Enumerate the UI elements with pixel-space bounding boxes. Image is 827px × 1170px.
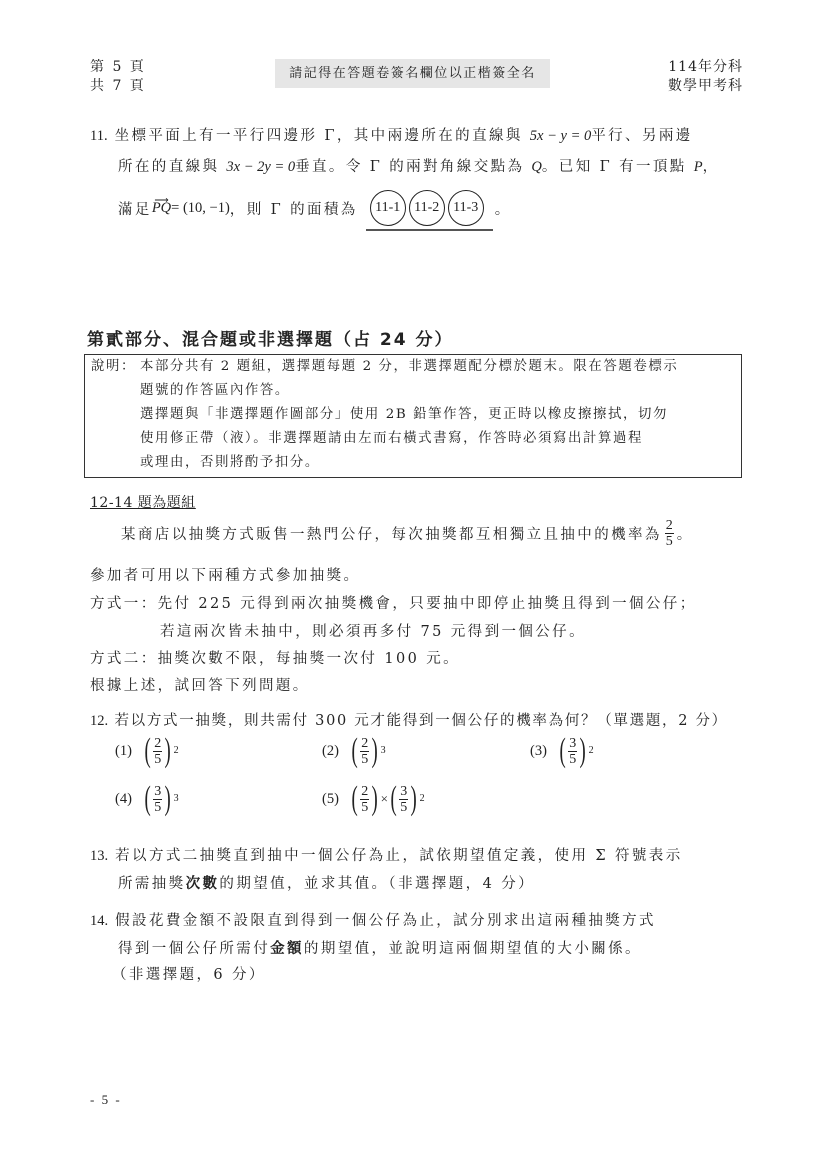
q12-text: 若以方式一抽獎，則共需付 300 元才能得到一個公仔的機率為何？（單選題，2 分… bbox=[114, 713, 727, 729]
vector-arrow-icon: ⟶ bbox=[152, 195, 171, 206]
q11-text: ， bbox=[703, 159, 720, 175]
q13-text: 的期望值，並求其值。（非選擇題，4 分） bbox=[219, 876, 535, 892]
q11-line3: 滿足 ⟶PQ = (10, −1) ，則 Γ 的面積為 11-1 11-2 11… bbox=[118, 190, 512, 226]
q12-choice-4[interactable]: (4) (35)3 bbox=[115, 782, 179, 816]
instructions-line: 選擇題與「非選擇題作圖部分」使用 2B 鉛筆作答，更正時以橡皮擦擦拭，切勿 bbox=[140, 403, 678, 427]
numerator: 2 bbox=[153, 736, 162, 752]
q13-text: 所需抽獎 bbox=[118, 876, 186, 892]
denominator: 5 bbox=[360, 800, 369, 815]
denominator: 5 bbox=[568, 752, 577, 767]
equation: 3x − 2y = 0 bbox=[226, 159, 295, 175]
numerator: 3 bbox=[399, 784, 408, 800]
numerator: 2 bbox=[360, 736, 369, 752]
numerator: 2 bbox=[360, 784, 369, 800]
fraction: 25 bbox=[360, 784, 369, 815]
instructions-line: 本部分共有 2 題組，選擇題每題 2 分，非選擇題配分標於題末。限在答題卷標示 bbox=[140, 355, 678, 379]
paren: ) bbox=[372, 734, 378, 768]
fraction: 35 bbox=[399, 784, 408, 815]
denominator: 5 bbox=[665, 534, 674, 549]
fraction: 25 bbox=[360, 736, 369, 767]
instructions-line: 使用修正帶（液）。非選擇題請由左而右橫式書寫，作答時必須寫出計算過程 bbox=[140, 427, 678, 451]
group-closing: 根據上述，試回答下列問題。 bbox=[90, 674, 310, 695]
answer-blank-11-3[interactable]: 11-3 bbox=[448, 190, 484, 226]
q11-number: 11. bbox=[90, 128, 108, 144]
q12-stem: 12. 若以方式一抽獎，則共需付 300 元才能得到一個公仔的機率為何？（單選題… bbox=[90, 709, 728, 730]
paren: ) bbox=[372, 782, 378, 816]
vector-pq: ⟶PQ bbox=[152, 200, 171, 217]
q14-emphasis: 金額 bbox=[270, 941, 304, 957]
answer-blank-11-1[interactable]: 11-1 bbox=[370, 190, 406, 226]
intro-text: 。 bbox=[677, 523, 694, 544]
q11-text: ，則 Γ 的面積為 bbox=[230, 198, 358, 219]
paren: ) bbox=[411, 782, 417, 816]
denominator: 5 bbox=[153, 800, 162, 815]
point-q: Q bbox=[531, 159, 541, 175]
group-intro: 某商店以抽獎方式販售一熱門公仔，每次抽獎都互相獨立且抽中的機率為 25 。 bbox=[121, 518, 694, 549]
exponent: 3 bbox=[381, 745, 386, 756]
q11-line2: 所在的直線與 3x − 2y = 0垂直。令 Γ 的兩對角線交點為 Q。已知 Γ… bbox=[118, 155, 719, 176]
answer-underline bbox=[366, 229, 493, 231]
q14-number: 14. bbox=[90, 913, 108, 929]
q12-choice-1[interactable]: (1) (25)2 bbox=[115, 734, 179, 768]
q11-text: 。 bbox=[495, 198, 512, 219]
paren: ( bbox=[144, 782, 150, 816]
fraction: 35 bbox=[153, 784, 162, 815]
q12-choice-2[interactable]: (2) (25)3 bbox=[322, 734, 386, 768]
paren: ) bbox=[165, 734, 171, 768]
q14-line1: 14. 假設花費金額不設限直到得到一個公仔為止，試分別求出這兩種抽獎方式 bbox=[90, 909, 656, 930]
fraction-two-fifths: 25 bbox=[665, 518, 674, 549]
method1-label: 方式一： bbox=[90, 596, 158, 612]
method1: 方式一：先付 225 元得到兩次抽獎機會，只要抽中即停止抽獎且得到一個公仔； bbox=[90, 592, 697, 613]
numerator: 2 bbox=[665, 518, 674, 534]
q13-line2: 所需抽獎次數的期望值，並求其值。（非選擇題，4 分） bbox=[118, 872, 535, 893]
exponent: 2 bbox=[589, 745, 594, 756]
exam-subject: 數學甲考科 bbox=[668, 77, 743, 96]
paren: ( bbox=[559, 734, 565, 768]
choice-label: (1) bbox=[115, 743, 132, 760]
q13-number: 13. bbox=[90, 848, 108, 864]
paren: ( bbox=[390, 782, 396, 816]
method2: 方式二：抽獎次數不限，每抽獎一次付 100 元。 bbox=[90, 647, 460, 668]
vector-value: = (10, −1) bbox=[171, 200, 230, 217]
exponent: 2 bbox=[174, 745, 179, 756]
exponent: 2 bbox=[420, 793, 425, 804]
instructions-line: 題號的作答區內作答。 bbox=[140, 379, 678, 403]
q11-text: 垂直。令 Γ 的兩對角線交點為 bbox=[295, 159, 531, 175]
q14-text: 假設花費金額不設限直到得到一個公仔為止，試分別求出這兩種抽獎方式 bbox=[115, 913, 656, 929]
q14-line2: 得到一個公仔所需付金額的期望值，並說明這兩個期望值的大小關係。 bbox=[118, 937, 642, 958]
page-number: - 5 - bbox=[90, 1092, 122, 1108]
q14-text: 得到一個公仔所需付 bbox=[118, 941, 270, 957]
paren: ( bbox=[144, 734, 150, 768]
instructions-line: 或理由，否則將酌予扣分。 bbox=[140, 451, 678, 475]
q11-text: 滿足 bbox=[118, 198, 152, 219]
q11-text: 。已知 Γ 有一頂點 bbox=[542, 159, 694, 175]
choice-label: (5) bbox=[322, 791, 339, 808]
exponent: 3 bbox=[174, 793, 179, 804]
fraction: 25 bbox=[153, 736, 162, 767]
point-p: P bbox=[694, 159, 703, 175]
q13-line1: 13. 若以方式二抽獎直到抽中一個公仔為止，試依期望值定義，使用 Σ 符號表示 bbox=[90, 844, 683, 865]
numerator: 3 bbox=[153, 784, 162, 800]
method1-text: 先付 225 元得到兩次抽獎機會，只要抽中即停止抽獎且得到一個公仔； bbox=[158, 596, 697, 612]
q12-number: 12. bbox=[90, 713, 108, 729]
group-label: 12-14 題為題組 bbox=[90, 492, 196, 512]
instructions-label: 說明： bbox=[91, 355, 136, 379]
choice-label: (4) bbox=[115, 791, 132, 808]
group-line2: 參加者可用以下兩種方式參加抽獎。 bbox=[90, 564, 360, 585]
q11-text: 平行、另兩邊 bbox=[591, 128, 692, 144]
fraction: 35 bbox=[568, 736, 577, 767]
denominator: 5 bbox=[153, 752, 162, 767]
q13-emphasis: 次數 bbox=[186, 876, 220, 892]
signature-notice: 請記得在答題卷簽名欄位以正楷簽全名 bbox=[275, 59, 550, 88]
instructions-box: 說明： 本部分共有 2 題組，選擇題每題 2 分，非選擇題配分標於題末。限在答題… bbox=[84, 354, 742, 478]
equation: 5x − y = 0 bbox=[530, 128, 591, 144]
choice-label: (3) bbox=[530, 743, 547, 760]
page-current: 第 5 頁 bbox=[90, 58, 146, 77]
denominator: 5 bbox=[399, 800, 408, 815]
instructions-text: 本部分共有 2 題組，選擇題每題 2 分，非選擇題配分標於題末。限在答題卷標示 … bbox=[140, 355, 678, 475]
q12-choice-5[interactable]: (5) (25)×(35)2 bbox=[322, 782, 425, 816]
method1-line2: 若這兩次皆未抽中，則必須再多付 75 元得到一個公仔。 bbox=[160, 620, 586, 641]
denominator: 5 bbox=[360, 752, 369, 767]
answer-blank-11-2[interactable]: 11-2 bbox=[409, 190, 445, 226]
q11-line1: 11. 坐標平面上有一平行四邊形 Γ，其中兩邊所在的直線與 5x − y = 0… bbox=[90, 124, 693, 145]
paren: ( bbox=[351, 782, 357, 816]
paren: ( bbox=[351, 734, 357, 768]
page-indicator: 第 5 頁 共 7 頁 bbox=[90, 58, 146, 96]
paren: ) bbox=[580, 734, 586, 768]
exam-year: 114年分科 bbox=[668, 58, 743, 77]
choice-label: (2) bbox=[322, 743, 339, 760]
intro-text: 某商店以抽獎方式販售一熱門公仔，每次抽獎都互相獨立且抽中的機率為 bbox=[121, 523, 662, 544]
times-symbol: × bbox=[381, 791, 388, 807]
q11-text: 坐標平面上有一平行四邊形 Γ，其中兩邊所在的直線與 bbox=[115, 128, 530, 144]
numerator: 3 bbox=[568, 736, 577, 752]
q12-choice-3[interactable]: (3) (35)2 bbox=[530, 734, 594, 768]
q14-line3: （非選擇題，6 分） bbox=[112, 963, 266, 984]
section-title: 第貳部分、混合題或非選擇題（占 24 分） bbox=[87, 325, 454, 350]
q14-text: 的期望值，並說明這兩個期望值的大小關係。 bbox=[304, 941, 642, 957]
exam-info: 114年分科 數學甲考科 bbox=[668, 58, 743, 96]
page-total: 共 7 頁 bbox=[90, 77, 146, 96]
method2-text: 抽獎次數不限，每抽獎一次付 100 元。 bbox=[158, 651, 460, 667]
paren: ) bbox=[165, 782, 171, 816]
q11-text: 所在的直線與 bbox=[118, 159, 226, 175]
q13-text: 若以方式二抽獎直到抽中一個公仔為止，試依期望值定義，使用 Σ 符號表示 bbox=[115, 848, 682, 864]
method2-label: 方式二： bbox=[90, 651, 158, 667]
